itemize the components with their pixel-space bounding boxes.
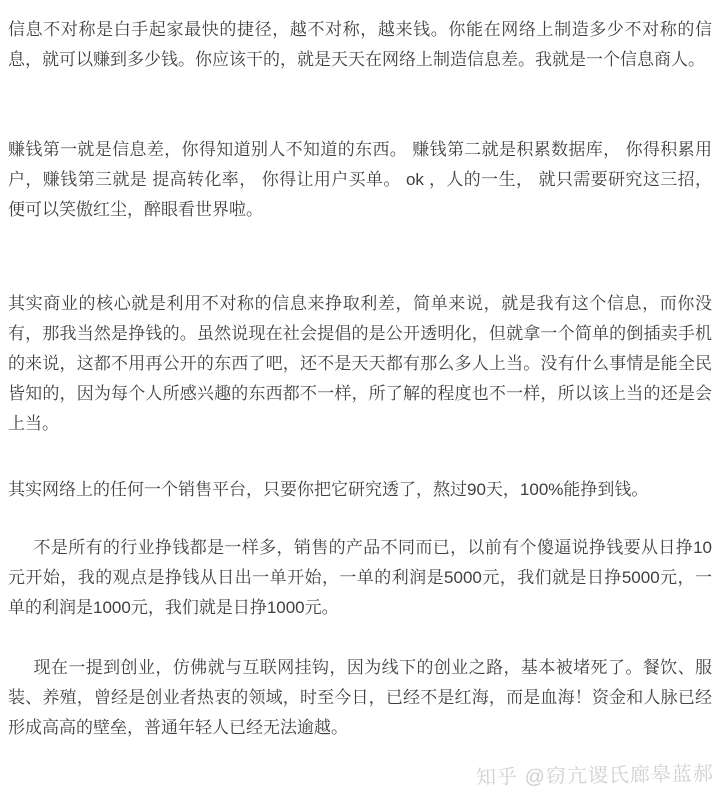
article-body: 信息不对称是白手起家最快的捷径，越不对称，越来钱。你能在网络上制造多少不对称的信… bbox=[0, 0, 720, 743]
paragraph: 赚钱第一就是信息差，你得知道别人不知道的东西。 赚钱第二就是积累数据库， 你得积… bbox=[8, 135, 712, 225]
paragraph: 不是所有的行业挣钱都是一样多，销售的产品不同而已，以前有个傻逼说挣钱要从日挣10… bbox=[8, 533, 712, 623]
paragraph: 其实商业的核心就是利用不对称的信息来挣取利差，简单来说，就是我有这个信息，而你没… bbox=[8, 289, 712, 439]
paragraph: 信息不对称是白手起家最快的捷径，越不对称，越来钱。你能在网络上制造多少不对称的信… bbox=[8, 15, 712, 75]
paragraph: 其实网络上的任何一个销售平台，只要你把它研究透了，熬过90天，100%能挣到钱。 bbox=[8, 475, 712, 505]
paragraph: 现在一提到创业，仿佛就与互联网挂钩，因为线下的创业之路，基本被堵死了。餐饮、服装… bbox=[8, 653, 712, 743]
zhihu-watermark: 知乎 @窃亢谡氏廊皋蓝郝 bbox=[476, 757, 714, 790]
